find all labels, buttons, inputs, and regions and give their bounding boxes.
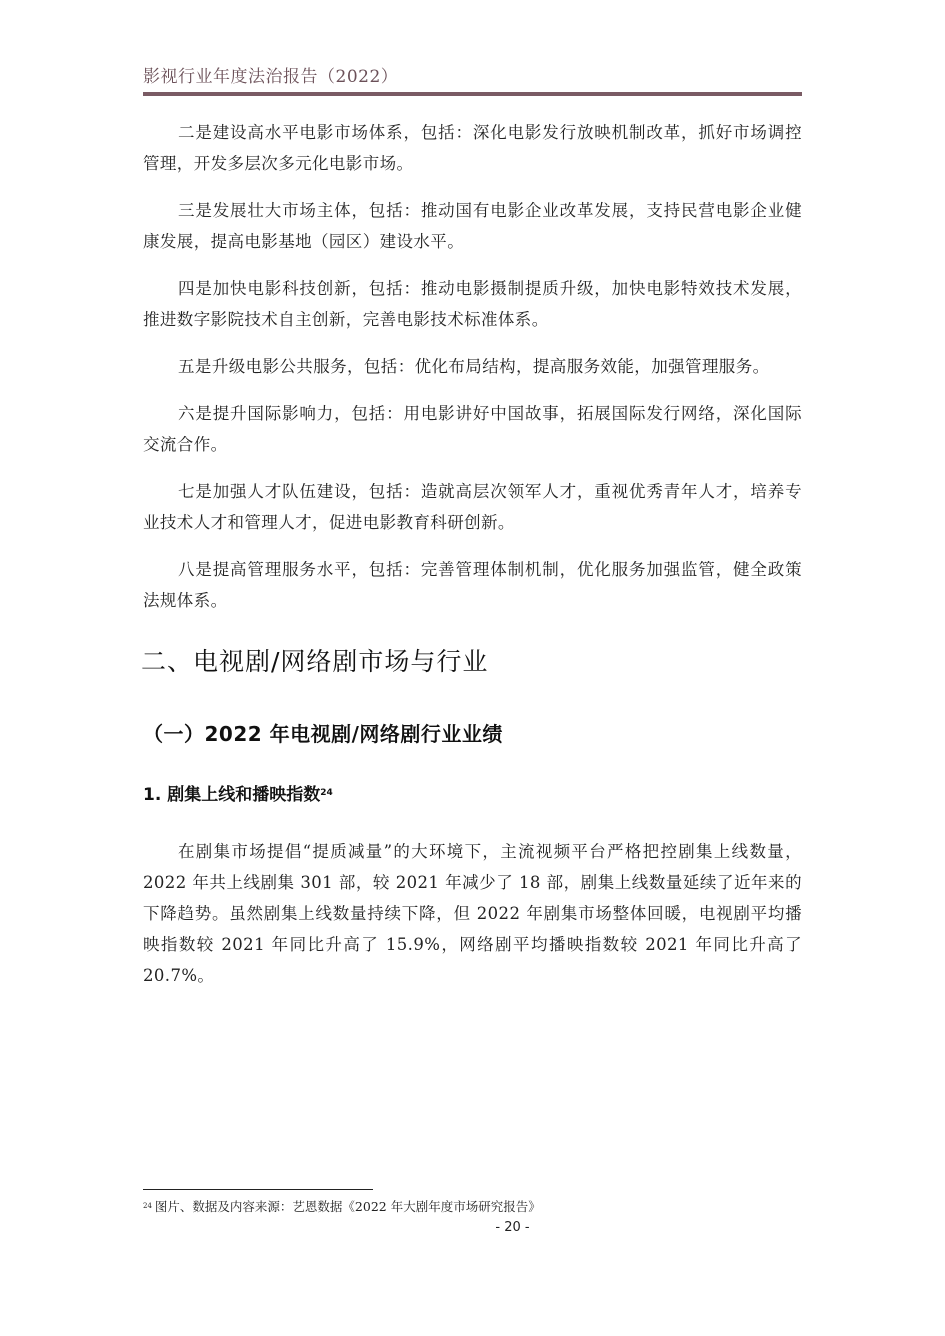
section-heading: 二、电视剧/网络剧市场与行业 [141, 646, 802, 678]
subsubsection-heading-text: 1. 剧集上线和播映指数 [143, 785, 320, 805]
paragraph-point-3: 三是发展壮大市场主体，包括：推动国有电影企业改革发展，支持民营电影企业健康发展，… [143, 195, 802, 257]
paragraph-point-8: 八是提高管理服务水平，包括：完善管理体制机制，优化服务加强监管，健全政策法规体系… [143, 554, 802, 616]
paragraph-point-7: 七是加强人才队伍建设，包括：造就高层次领军人才，重视优秀青年人才，培养专业技术人… [143, 476, 802, 538]
report-title: 影视行业年度法治报告（2022） [143, 66, 802, 88]
paragraph-point-4: 四是加快电影科技创新，包括：推动电影摄制提质升级，加快电影特效技术发展，推进数字… [143, 273, 802, 335]
page-content: 二是建设高水平电影市场体系，包括：深化电影发行放映机制改革，抓好市场调控管理，开… [143, 117, 802, 1007]
footnote-divider [143, 1189, 373, 1190]
section-body-paragraph: 在剧集市场提倡“提质减量”的大环境下，主流视频平台严格把控剧集上线数量，2022… [143, 836, 802, 991]
footnote-text: 图片、数据及内容来源：艺恩数据《2022 年大剧年度市场研究报告》 [155, 1199, 541, 1214]
footnote-reference[interactable]: 24 [320, 788, 333, 798]
paragraph-point-2: 二是建设高水平电影市场体系，包括：深化电影发行放映机制改革，抓好市场调控管理，开… [143, 117, 802, 179]
header-divider [143, 92, 802, 96]
footnote-number: 24 [143, 1202, 152, 1210]
running-header: 影视行业年度法治报告（2022） [143, 66, 802, 88]
page-number: - 20 - [0, 1220, 945, 1235]
footnote: 24图片、数据及内容来源：艺恩数据《2022 年大剧年度市场研究报告》 [143, 1199, 541, 1215]
subsection-heading: （一）2022 年电视剧/网络剧行业业绩 [143, 720, 802, 748]
subsubsection-heading: 1. 剧集上线和播映指数24 [143, 782, 802, 808]
paragraph-point-6: 六是提升国际影响力，包括：用电影讲好中国故事，拓展国际发行网络，深化国际交流合作… [143, 398, 802, 460]
paragraph-point-5: 五是升级电影公共服务，包括：优化布局结构，提高服务效能，加强管理服务。 [143, 351, 802, 382]
